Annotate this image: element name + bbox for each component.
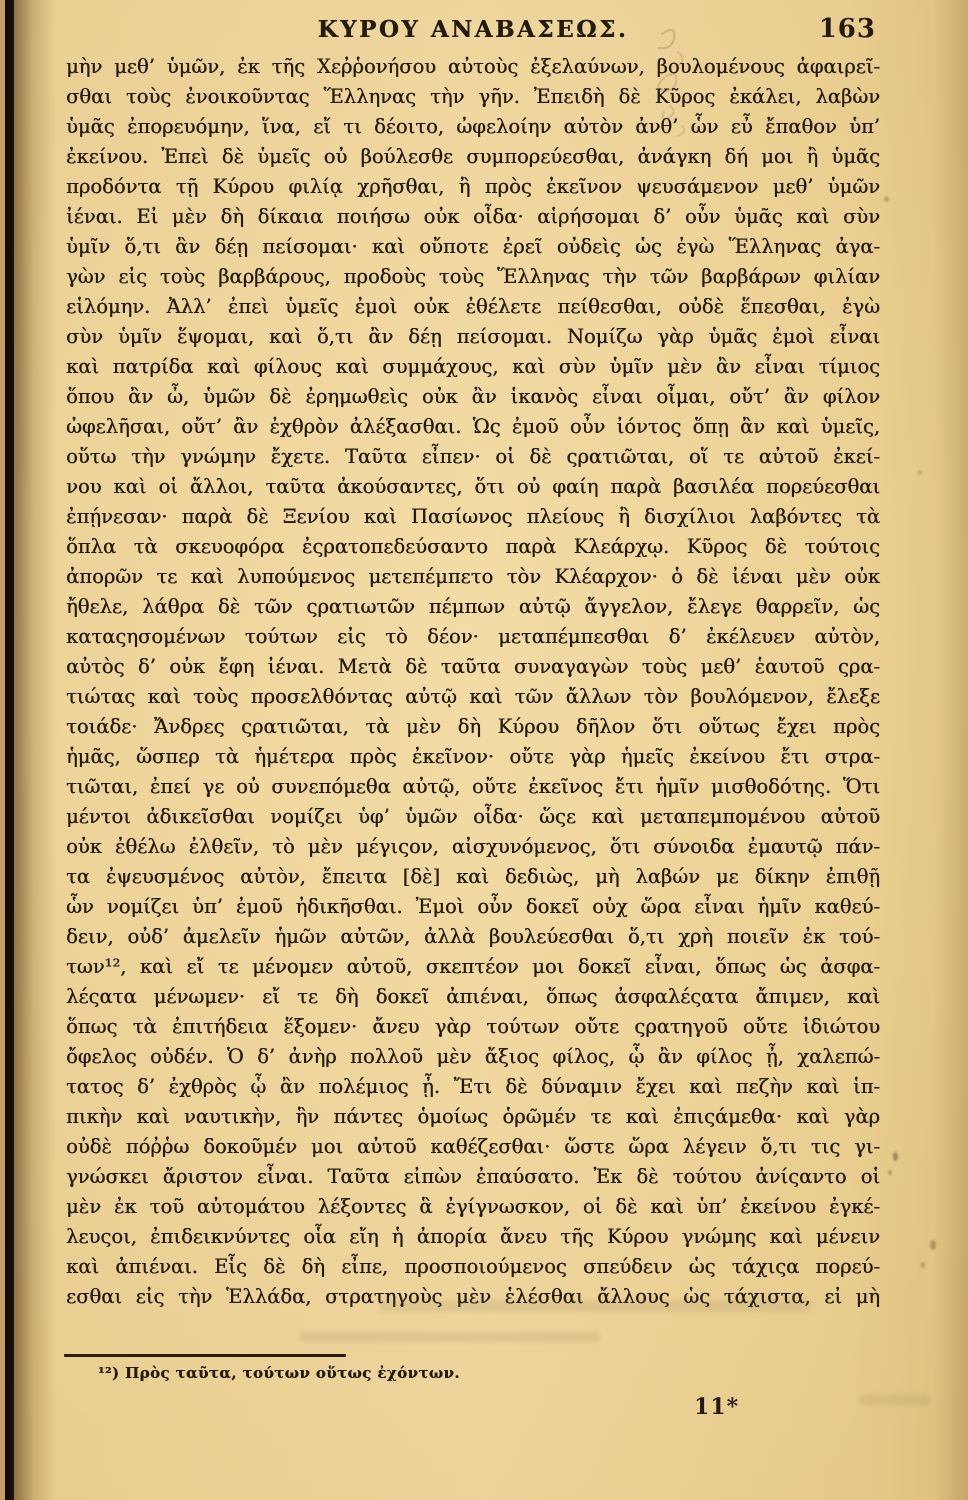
foxing-speck: [930, 1240, 936, 1250]
text-line: ὧν νομίζει ὑπ’ ἐμοῦ ἠδικῆσθαι. Ἐμοὶ οὖν …: [66, 892, 880, 922]
text-line: οὕτω τὴν γνώμην ἔχετε. Ταῦτα εἶπεν· οἱ δ…: [66, 442, 880, 472]
signature-mark: 11*: [694, 1394, 739, 1420]
text-line: μὴν μεθ’ ὑμῶν, ἐκ τῆς Χεῤῥονήσου αὐτοὺς …: [66, 52, 880, 82]
text-line: νου καὶ οἱ ἄλλοι, ταῦτα ἀκούσαντες, ὅτι …: [66, 472, 880, 502]
text-line: τιῶται, ἐπεί γε οὐ συνεπόμεθα αὐτῷ, οὔτε…: [66, 772, 880, 802]
text-line: μὲν ἐκ τοῦ αὐτομάτου λέξοντες ἃ ἐγίγνωσκ…: [66, 1192, 880, 1222]
text-line: τιώτας καὶ τοὺς προσελθόντας αὐτῷ καὶ τῶ…: [66, 682, 880, 712]
page-header: ΚΥΡΟΥ ΑΝΑΒΑΣΕΩΣ. 163: [66, 16, 880, 52]
text-line: ἤθελε, λάθρα δὲ τῶν ςρατιωτῶν πέμπων αὐτ…: [66, 592, 880, 622]
text-line: ὅπου ἂν ὦ, ὑμῶν δὲ ἐρημωθεὶς οὐκ ἂν ἱκαν…: [66, 382, 880, 412]
text-line: ὠφελῆσαι, οὔτ’ ἂν ἐχθρὸν ἀλέξασθαι. Ὡς ἐ…: [66, 412, 880, 442]
text-line: τα ἐψευσμένος αὐτὸν, ἔπειτα [δὲ] καὶ δεδ…: [66, 862, 880, 892]
text-line: ἐκείνου. Ἐπεὶ δὲ ὑμεῖς οὐ βούλεσθε συμπο…: [66, 142, 880, 172]
text-line: ἰέναι. Εἰ μὲν δὴ δίκαια ποιήσω οὐκ οἶδα·…: [66, 202, 880, 232]
book-page: ΚΥΡΟΥ ΑΝΑΒΑΣΕΩΣ. 163 μὴν μεθ’ ὑμῶν, ἐκ τ…: [0, 0, 968, 1500]
text-line: εἱλόμην. Ἀλλ’ ἐπεὶ ὑμεῖς ἐμοὶ οὐκ ἐθέλετ…: [66, 292, 880, 322]
text-line: σὺν ὑμῖν ἕψομαι, καὶ ὅ,τι ἂν δέῃ πείσομα…: [66, 322, 880, 352]
binding-shadow: [14, 0, 56, 1500]
text-line: οὐκ ἐθέλω ἐλθεῖν, τὸ μὲν μέγιςον, αἰσχυν…: [66, 832, 880, 862]
text-line: γνώσκει ἄριστον εἶναι. Ταῦτα εἰπὼν ἐπαύσ…: [66, 1162, 880, 1192]
text-line: τατος δ’ ἐχθρὸς ᾧ ἂν πολέμιος ᾖ. Ἔτι δὲ …: [66, 1072, 880, 1102]
page-number: 163: [819, 14, 876, 44]
binding-edge: [5, 0, 14, 1500]
show-through-ghost: [300, 1332, 600, 1342]
text-line: οὐδὲ πόῤῥω δοκοῦμέν μοι αὐτοῦ καθέζεσθαι…: [66, 1132, 880, 1162]
text-line: δειν, οὐδ’ ἀμελεῖν ἡμῶν αὐτῶν, ἀλλὰ βουλ…: [66, 922, 880, 952]
foxing-speck: [888, 1170, 892, 1175]
text-line: ὑμᾶς ἐπορευόμην, ἵνα, εἴ τι δέοιτο, ὠφελ…: [66, 112, 880, 142]
text-line: μέντοι ἀδικεῖσθαι νομίζει ὑφ’ ὑμῶν οἶδα·…: [66, 802, 880, 832]
text-line: λέςατα μένωμεν· εἴ τε δὴ δοκεῖ ἀπιέναι, …: [66, 982, 880, 1012]
text-line: ὑμῖν ὅ,τι ἂν δέῃ πείσομαι· καὶ οὔποτε ἐρ…: [66, 232, 880, 262]
right-edge-shadow: [934, 0, 968, 1500]
foxing-speck: [918, 470, 922, 475]
text-line: ὅπλα τὰ σκευοφόρα ἐςρατοπεδεύσαντο παρὰ …: [66, 532, 880, 562]
text-line: τοιάδε· Ἄνδρες ςρατιῶται, τὰ μὲν δὴ Κύρο…: [66, 712, 880, 742]
text-line: ὅπως τὰ ἐπιτήδεια ἕξομεν· ἄνευ γὰρ τούτω…: [66, 1012, 880, 1042]
text-line: λευςοι, ἐπιδεικνύντες οἷα εἴη ἡ ἀπορία ἄ…: [66, 1222, 880, 1252]
text-line: καὶ πατρίδα καὶ φίλους καὶ συμμάχους, κα…: [66, 352, 880, 382]
text-line: ἡμᾶς, ὥσπερ τὰ ἡμέτερα πρὸς ἐκεῖνον· οὔτ…: [66, 742, 880, 772]
footnote-rule: [64, 1354, 346, 1357]
show-through-ghost: [860, 1395, 930, 1405]
text-line: ἀπορῶν τε καὶ λυπούμενος μετεπέμπετο τὸν…: [66, 562, 880, 592]
body-text: μὴν μεθ’ ὑμῶν, ἐκ τῆς Χεῤῥονήσου αὐτοὺς …: [66, 52, 880, 1312]
text-line: ἐπῄνεσαν· παρὰ δὲ Ξενίου καὶ Πασίωνος πλ…: [66, 502, 880, 532]
text-line: πικὴν καὶ ναυτικὴν, ἣν πάντες ὁμοίως ὁρῶ…: [66, 1102, 880, 1132]
foxing-speck: [921, 1262, 925, 1268]
show-through-ghost: [380, 1300, 810, 1312]
text-line: γὼν εἰς τοὺς βαρβάρους, προδοὺς τοὺς Ἕλλ…: [66, 262, 880, 292]
text-line: καταςησομένων τούτων εἰς τὸ δέον· μεταπέ…: [66, 622, 880, 652]
text-line: καὶ ἀπιέναι. Εἷς δὲ δὴ εἶπε, προσποιούμε…: [66, 1252, 880, 1282]
text-line: ὄφελος οὐδέν. Ὁ δ’ ἀνὴρ πολλοῦ μὲν ἄξιος…: [66, 1042, 880, 1072]
foxing-speck: [884, 196, 889, 202]
text-line: σθαι τοὺς ἐνοικοῦντας Ἕλληνας τὴν γῆν. Ἐ…: [66, 82, 880, 112]
foxing-speck: [893, 1152, 898, 1161]
text-line: προδόντα τῇ Κύρου φιλίᾳ χρῆσθαι, ἢ πρὸς …: [66, 172, 880, 202]
running-title: ΚΥΡΟΥ ΑΝΑΒΑΣΕΩΣ.: [66, 16, 880, 43]
text-line: των¹², καὶ εἴ τε μένομεν αὐτοῦ, σκεπτέον…: [66, 952, 880, 982]
text-line: αὐτὸς δ’ οὐκ ἔφη ἰέναι. Μετὰ δὲ ταῦτα συ…: [66, 652, 880, 682]
footnote: ¹²) Πρὸς ταῦτα, τούτων οὕτως ἐχόντων.: [98, 1364, 460, 1382]
